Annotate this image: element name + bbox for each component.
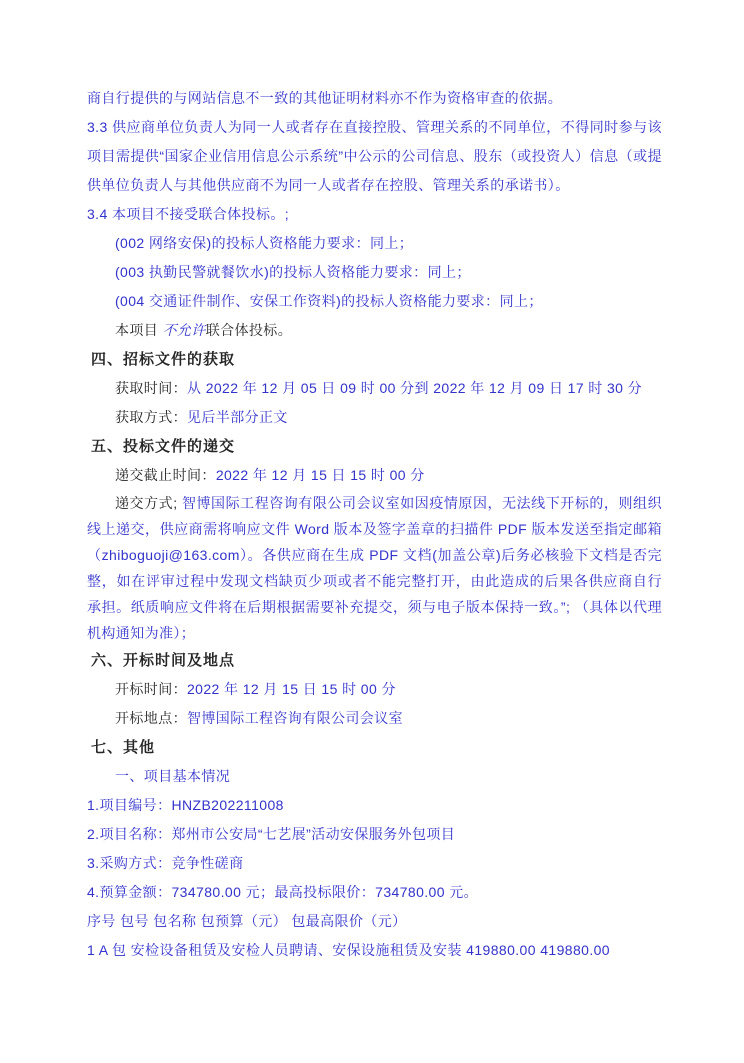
text-run: 联合体投标。 xyxy=(206,322,292,338)
paragraph: 商自行提供的与网站信息不一致的其他证明材料亦不作为资格审查的依据。 xyxy=(87,84,662,113)
text-run: 获取时间： xyxy=(115,380,187,396)
text-run: 见后半部分正文 xyxy=(187,409,288,425)
text-run: 递交截止时间： xyxy=(115,467,216,483)
text-run: 序号 包号 包名称 包预算（元） 包最高限价（元） xyxy=(87,913,407,929)
paragraph: (003 执勤民警就餐饮水)的投标人资格能力要求：同上； xyxy=(87,258,662,287)
text-run: (003 执勤民警就餐饮水)的投标人资格能力要求：同上； xyxy=(115,264,471,280)
text-run: 3.3 供应商单位负责人为同一人或者存在直接控股、管理关系的不同单位，不得同时参… xyxy=(87,119,662,193)
text-run: 递交方式; xyxy=(115,495,182,511)
text-run: 智博国际工程咨询有限公司会议室如因疫情原因，无法线下开标的，则组织线上递交，供应… xyxy=(87,495,662,641)
text-run: 4.预算金额：734780.00 元；最高投标限价：734780.00 元。 xyxy=(87,884,478,900)
paragraph: 3.采购方式：竞争性磋商 xyxy=(87,849,662,878)
paragraph: 1 A 包 安检设备租赁及安检人员聘请、安保设施租赁及安装 419880.00 … xyxy=(87,936,662,965)
paragraph: 获取时间：从 2022 年 12 月 05 日 09 时 00 分到 2022 … xyxy=(87,374,662,403)
text-run: 七、其他 xyxy=(91,739,155,756)
paragraph: (002 网络安保)的投标人资格能力要求：同上； xyxy=(87,229,662,258)
paragraph: 2.项目名称：郑州市公安局“七艺展”活动安保服务外包项目 xyxy=(87,820,662,849)
text-run: 六、开标时间及地点 xyxy=(91,652,235,669)
text-run: 1 A 包 安检设备租赁及安检人员聘请、安保设施租赁及安装 419880.00 … xyxy=(87,942,610,958)
section-heading: 四、招标文件的获取 xyxy=(87,345,662,374)
paragraph: 4.预算金额：734780.00 元；最高投标限价：734780.00 元。 xyxy=(87,878,662,907)
paragraph: 递交截止时间：2022 年 12 月 15 日 15 时 00 分 xyxy=(87,461,662,490)
text-run: 开标时间： xyxy=(115,681,187,697)
text-run: 2022 年 12 月 15 日 15 时 00 分 xyxy=(216,467,425,483)
paragraph: 开标地点：智博国际工程咨询有限公司会议室 xyxy=(87,704,662,733)
text-run: 一、项目基本情况 xyxy=(115,768,230,784)
document-body: 商自行提供的与网站信息不一致的其他证明材料亦不作为资格审查的依据。3.3 供应商… xyxy=(87,84,662,965)
text-run: 1.项目编号：HNZB202211008 xyxy=(87,797,284,813)
document-page: 商自行提供的与网站信息不一致的其他证明材料亦不作为资格审查的依据。3.3 供应商… xyxy=(0,0,744,1063)
paragraph: 一、项目基本情况 xyxy=(87,762,662,791)
text-run: 智博国际工程咨询有限公司会议室 xyxy=(187,710,403,726)
paragraph: 本项目 不允许联合体投标。 xyxy=(87,316,662,345)
text-run: 本项目 xyxy=(115,322,163,338)
text-run: 从 2022 年 12 月 05 日 09 时 00 分到 2022 年 12 … xyxy=(187,380,642,396)
text-run: 获取方式： xyxy=(115,409,187,425)
paragraph: 3.4 本项目不接受联合体投标。; xyxy=(87,200,662,229)
text-run: 不允许 xyxy=(163,322,206,338)
paragraph: 3.3 供应商单位负责人为同一人或者存在直接控股、管理关系的不同单位，不得同时参… xyxy=(87,113,662,200)
text-run: (002 网络安保)的投标人资格能力要求：同上； xyxy=(115,235,413,251)
paragraph: (004 交通证件制作、安保工作资料)的投标人资格能力要求：同上； xyxy=(87,287,662,316)
paragraph: 序号 包号 包名称 包预算（元） 包最高限价（元） xyxy=(87,907,662,936)
text-run: 2022 年 12 月 15 日 15 时 00 分 xyxy=(187,681,396,697)
text-run: 3.4 本项目不接受联合体投标。; xyxy=(87,206,289,222)
text-run: 2.项目名称：郑州市公安局“七艺展”活动安保服务外包项目 xyxy=(87,826,455,842)
text-run: 3.采购方式：竞争性磋商 xyxy=(87,855,243,871)
text-run: (004 交通证件制作、安保工作资料)的投标人资格能力要求：同上； xyxy=(115,293,543,309)
text-run: 商自行提供的与网站信息不一致的其他证明材料亦不作为资格审查的依据。 xyxy=(87,90,562,106)
paragraph: 递交方式; 智博国际工程咨询有限公司会议室如因疫情原因，无法线下开标的，则组织线… xyxy=(87,490,662,646)
text-run: 开标地点： xyxy=(115,710,187,726)
text-run: 四、招标文件的获取 xyxy=(91,351,235,368)
paragraph: 1.项目编号：HNZB202211008 xyxy=(87,791,662,820)
section-heading: 六、开标时间及地点 xyxy=(87,646,662,675)
paragraph: 开标时间：2022 年 12 月 15 日 15 时 00 分 xyxy=(87,675,662,704)
paragraph: 获取方式：见后半部分正文 xyxy=(87,403,662,432)
text-run: 五、投标文件的递交 xyxy=(91,438,235,455)
section-heading: 七、其他 xyxy=(87,733,662,762)
section-heading: 五、投标文件的递交 xyxy=(87,432,662,461)
